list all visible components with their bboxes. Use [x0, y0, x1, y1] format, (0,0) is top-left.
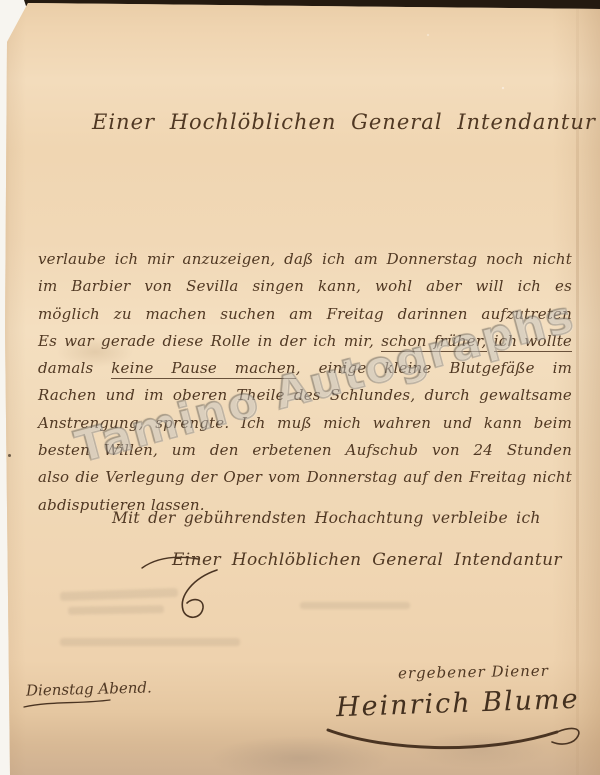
letter-line: im Barbier von Sevilla singen kann, wohl…	[38, 273, 572, 300]
phrase: Anstrengung, sprengte. Ich muß mich wahr…	[38, 414, 572, 432]
recipient-line: Einer Hochlöblichen General Intendantur	[172, 550, 562, 570]
underlined-phrase: schon früher,	[381, 332, 486, 352]
letter-line: also die Verlegung der Oper vom Donnerst…	[38, 464, 572, 491]
pencil-note-smudge	[300, 602, 410, 609]
letter-paper: Einer Hochlöblichen General Intendantur …	[0, 0, 600, 775]
phrase: verlaube ich mir anzuzeigen, daß ich am …	[38, 250, 572, 268]
letter-line: Rachen und im oberen Theile des Schlunde…	[38, 382, 572, 409]
phrase: Rachen und im oberen Theile des Schlunde…	[38, 386, 572, 404]
valediction-line: ergebener Diener	[398, 662, 549, 683]
phrase: also die Verlegung der Oper vom Donnerst…	[38, 468, 572, 486]
phrase: damals	[38, 359, 111, 377]
closing-line: Mit der gebührendsten Hochachtung verble…	[112, 509, 541, 527]
salutation-line: Einer Hochlöblichen General Intendantur	[92, 110, 472, 134]
underlined-phrase: ich wollte	[494, 332, 572, 352]
pencil-note-smudge	[60, 638, 240, 646]
ink-speck	[8, 454, 11, 457]
phrase: besten Willen, um den erbetenen Aufschub…	[38, 441, 572, 459]
phrase: Es war gerade diese Rolle in der ich mir…	[38, 332, 381, 350]
letter-line: Anstrengung, sprengte. Ich muß mich wahr…	[38, 410, 572, 437]
letter-scan: Einer Hochlöblichen General Intendantur …	[0, 0, 600, 775]
phrase: im Barbier von Sevilla singen kann, wohl…	[38, 277, 572, 295]
signature-flourish	[322, 716, 592, 761]
phrase: , einige kleine Blutgefäße im	[296, 359, 572, 377]
letter-line: verlaube ich mir anzuzeigen, daß ich am …	[38, 246, 572, 273]
letter-line: damals keine Pause machen, einige kleine…	[38, 355, 572, 382]
letter-body: verlaube ich mir anzuzeigen, daß ich am …	[38, 246, 572, 519]
recipient-loop-flourish	[175, 568, 230, 623]
pencil-note-smudge	[68, 605, 164, 615]
pencil-note-smudge	[60, 588, 178, 601]
phrase: möglich zu machen suchen am Freitag dari…	[38, 305, 572, 323]
underlined-phrase: keine Pause machen	[111, 359, 296, 379]
letter-line: möglich zu machen suchen am Freitag dari…	[38, 301, 572, 328]
letter-line: Es war gerade diese Rolle in der ich mir…	[38, 328, 572, 355]
letter-line: besten Willen, um den erbetenen Aufschub…	[38, 437, 572, 464]
dateline-underline	[22, 698, 112, 710]
phrase	[487, 332, 494, 350]
dateline: Dienstag Abend.	[26, 678, 152, 699]
